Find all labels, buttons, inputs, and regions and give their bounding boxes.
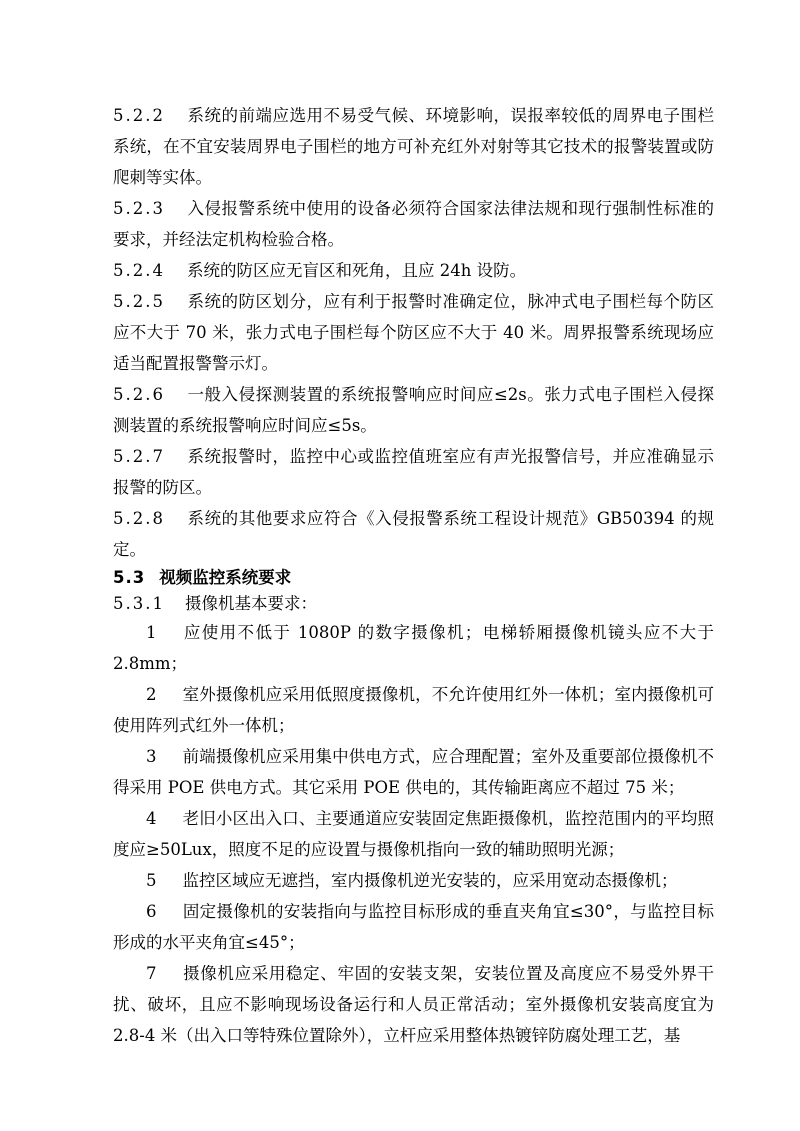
item-text: 摄像机应采用稳定、牢固的安装支架，安装位置及高度应不易受外界干扰、破坏，且应不影… (113, 964, 714, 1045)
clause-5-2-5: 5.2.5系统的防区划分，应有利于报警时准确定位，脉冲式电子围栏每个防区应不大于… (113, 286, 714, 379)
section-number: 5.3 (113, 568, 145, 587)
item-number: 3 (146, 747, 157, 766)
subclause-5-3-1: 5.3.1摄像机基本要求： (113, 591, 714, 617)
clause-number: 5.2.6 (113, 385, 165, 404)
item-number: 6 (146, 902, 157, 921)
clause-text: 系统的前端应选用不易受气候、环境影响，误报率较低的周界电子围栏系统，在不宜安装周… (113, 106, 714, 187)
list-item-5: 5监控区域应无遮挡，室内摄像机逆光安装的，应采用宽动态摄像机； (113, 865, 714, 896)
list-item-2: 2室外摄像机应采用低照度摄像机，不允许使用红外一体机；室内摄像机可使用阵列式红外… (113, 679, 714, 741)
item-text: 应使用不低于 1080P 的数字摄像机；电梯轿厢摄像机镜头应不大于 2.8mm； (113, 623, 714, 673)
subclause-number: 5.3.1 (113, 594, 165, 613)
clause-number: 5.2.3 (113, 199, 165, 218)
list-item-4: 4老旧小区出入口、主要通道应安装固定焦距摄像机，监控范围内的平均照度应≥50Lu… (113, 803, 714, 865)
item-text: 室外摄像机应采用低照度摄像机，不允许使用红外一体机；室内摄像机可使用阵列式红外一… (113, 685, 714, 735)
item-number: 4 (146, 809, 157, 828)
clause-5-2-8: 5.2.8系统的其他要求应符合《入侵报警系统工程设计规范》GB50394 的规定… (113, 503, 714, 565)
list-item-1: 1应使用不低于 1080P 的数字摄像机；电梯轿厢摄像机镜头应不大于 2.8mm… (113, 617, 714, 679)
section-title: 视频监控系统要求 (159, 568, 291, 587)
clause-text: 系统的防区应无盲区和死角，且应 24h 设防。 (187, 261, 526, 280)
list-item-6: 6固定摄像机的安装指向与监控目标形成的垂直夹角宜≤30°，与监控目标形成的水平夹… (113, 896, 714, 958)
item-number: 1 (146, 623, 157, 642)
clause-number: 5.2.7 (113, 447, 165, 466)
clause-5-2-3: 5.2.3入侵报警系统中使用的设备必须符合国家法律法规和现行强制性标准的要求，并… (113, 193, 714, 255)
item-text: 前端摄像机应采用集中供电方式，应合理配置；室外及重要部位摄像机不得采用 POE … (113, 747, 714, 797)
item-text: 老旧小区出入口、主要通道应安装固定焦距摄像机，监控范围内的平均照度应≥50Lux… (113, 809, 714, 859)
clause-number: 5.2.5 (113, 292, 165, 311)
clause-5-2-2: 5.2.2系统的前端应选用不易受气候、环境影响，误报率较低的周界电子围栏系统，在… (113, 100, 714, 193)
item-number: 7 (146, 964, 157, 983)
clause-text: 系统报警时，监控中心或监控值班室应有声光报警信号，并应准确显示报警的防区。 (113, 447, 714, 497)
list-item-7: 7摄像机应采用稳定、牢固的安装支架，安装位置及高度应不易受外界干扰、破坏，且应不… (113, 958, 714, 1051)
clause-5-2-7: 5.2.7系统报警时，监控中心或监控值班室应有声光报警信号，并应准确显示报警的防… (113, 441, 714, 503)
section-heading-5-3: 5.3视频监控系统要求 (113, 565, 714, 591)
clause-5-2-4: 5.2.4系统的防区应无盲区和死角，且应 24h 设防。 (113, 255, 714, 286)
document-page: 5.2.2系统的前端应选用不易受气候、环境影响，误报率较低的周界电子围栏系统，在… (0, 0, 800, 1131)
subclause-title: 摄像机基本要求： (185, 594, 317, 613)
clause-5-2-6: 5.2.6一般入侵探测装置的系统报警响应时间应≤2s。张力式电子围栏入侵探测装置… (113, 379, 714, 441)
clause-text: 系统的防区划分，应有利于报警时准确定位，脉冲式电子围栏每个防区应不大于 70 米… (113, 292, 714, 373)
item-number: 5 (146, 871, 157, 890)
item-text: 监控区域应无遮挡，室内摄像机逆光安装的，应采用宽动态摄像机； (183, 871, 678, 890)
item-text: 固定摄像机的安装指向与监控目标形成的垂直夹角宜≤30°，与监控目标形成的水平夹角… (113, 902, 714, 952)
clause-number: 5.2.8 (113, 509, 165, 528)
document-body: 5.2.2系统的前端应选用不易受气候、环境影响，误报率较低的周界电子围栏系统，在… (113, 100, 714, 1051)
item-number: 2 (146, 685, 157, 704)
clause-text: 系统的其他要求应符合《入侵报警系统工程设计规范》GB50394 的规定。 (113, 509, 714, 559)
clause-text: 入侵报警系统中使用的设备必须符合国家法律法规和现行强制性标准的要求，并经法定机构… (113, 199, 714, 249)
clause-text: 一般入侵探测装置的系统报警响应时间应≤2s。张力式电子围栏入侵探测装置的系统报警… (113, 385, 714, 435)
clause-number: 5.2.4 (113, 261, 165, 280)
list-item-3: 3前端摄像机应采用集中供电方式，应合理配置；室外及重要部位摄像机不得采用 POE… (113, 741, 714, 803)
clause-number: 5.2.2 (113, 106, 165, 125)
